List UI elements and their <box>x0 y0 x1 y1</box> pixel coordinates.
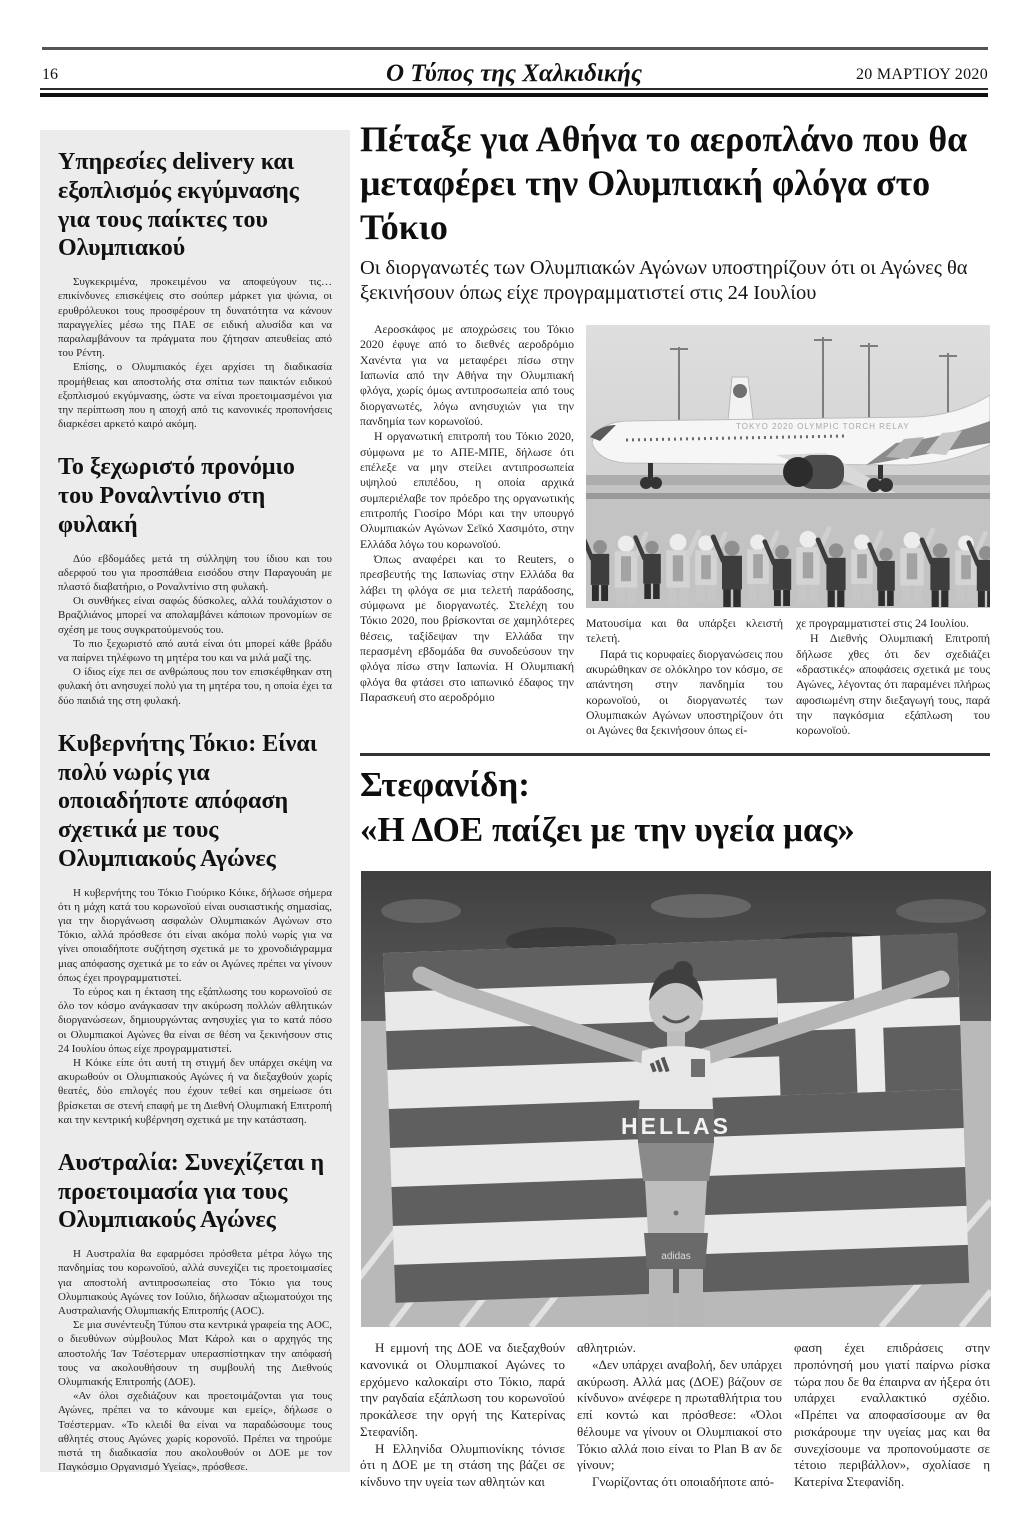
lead-column-3: χε προγραμματιστεί στις 24 Ιουλίου.Η Διε… <box>796 616 990 739</box>
paragraph: Η Διεθνής Ολυμπιακή Επιτροπή δήλωσε χθες… <box>796 631 990 738</box>
paragraph: Το εύρος και η έκταση της εξάπλωσης του … <box>58 985 332 1056</box>
sidebar-article-headline: Κυβερνήτης Τόκιο: Είναι πολύ νωρίς για ο… <box>58 730 332 874</box>
lead-column-1: Αεροσκάφος με αποχρώσεις του Τόκιο 2020 … <box>360 322 574 705</box>
paragraph: Συγκεκριμένα, προκειμένου να αποφεύγουν … <box>58 275 332 360</box>
paragraph: Οι συνθήκες είναι σαφώς δύσκολες, αλλά τ… <box>58 594 332 637</box>
paragraph: Το πιο ξεχωριστό από αυτά είναι ότι μπορ… <box>58 637 332 665</box>
paragraph: φαση έχει επιδράσεις στην προπόνησή μου … <box>794 1340 990 1491</box>
midriff <box>645 1181 707 1233</box>
paragraph: Σε μια συνέντευξη Τύπου στα κεντρικά γρα… <box>58 1318 332 1389</box>
neck <box>667 1031 685 1047</box>
paragraph: αθλητριών. <box>577 1340 782 1357</box>
right-leg <box>679 1269 703 1327</box>
sidebar-article-ronaldinho: Το ξεχωριστό προνόμιο του Ροναλντίνιο στ… <box>58 453 332 707</box>
paragraph: Παρά τις κορυφαίες διοργανώσεις που ακυρ… <box>586 647 783 739</box>
jersey-text: HELLAS <box>621 1113 731 1139</box>
paragraph: Ο ίδιος είχε πει σε ανθρώπους που τον επ… <box>58 665 332 708</box>
second-column-2: αθλητριών.«Δεν υπάρχει αναβολή, δεν υπάρ… <box>577 1340 782 1491</box>
paragraph: Η Αυστραλία θα εφαρμόσει πρόσθετα μέτρα … <box>58 1247 332 1318</box>
sidebar-article-body: Η Αυστραλία θα εφαρμόσει πρόσθετα μέτρα … <box>58 1247 332 1472</box>
paragraph: Η εμμονή της ΔΟΕ να διεξαχθούν κανονικά … <box>360 1340 565 1441</box>
paragraph: Επίσης, ο Ολυμπιακός έχει αρχίσει τη δια… <box>58 360 332 431</box>
paragraph: Αεροσκάφος με αποχρώσεις του Τόκιο 2020 … <box>360 322 574 429</box>
second-column-3: φαση έχει επιδράσεις στην προπόνησή μου … <box>794 1340 990 1491</box>
sidebar: Υπηρεσίες delivery και εξοπλισμός εκγύμν… <box>40 130 350 1472</box>
runway-line <box>586 493 990 499</box>
tail-logo <box>733 384 747 398</box>
paragraph: Η κυβερνήτης του Τόκιο Γιούρικο Κόικε, δ… <box>58 886 332 985</box>
page-date: 20 ΜΑΡΤΙΟΥ 2020 <box>856 66 988 84</box>
paragraph: Η Κόικε είπε ότι αυτή τη στιγμή δεν υπάρ… <box>58 1056 332 1127</box>
national-emblem <box>691 1059 705 1077</box>
sidebar-article-tokyo-governor: Κυβερνήτης Τόκιο: Είναι πολύ νωρίς για ο… <box>58 730 332 1127</box>
lead-column-2: Ματουσίμα και θα υπάρξει κλειστή τελετή.… <box>586 616 783 739</box>
paragraph: Η Ελληνίδα Ολυμπιονίκης τόνισε ότι η ΔΟΕ… <box>360 1441 565 1491</box>
lead-headline: Πέταξε για Αθήνα το αεροπλάνο που θα μετ… <box>360 118 992 250</box>
sidebar-article-delivery: Υπηρεσίες delivery και εξοπλισμός εκγύμν… <box>58 148 332 431</box>
second-headline-line2: «Η ΔΟΕ παίζει με την υγεία μας» <box>360 810 855 849</box>
torch-plane-photo: TOKYO 2020 OLYMPIC TORCH RELAY <box>586 325 990 608</box>
paragraph: Γνωρίζοντας ότι οποιαδήποτε από- <box>577 1474 782 1491</box>
second-headline-line1: Στεφανίδη: <box>360 765 530 804</box>
sidebar-article-body: Συγκεκριμένα, προκειμένου να αποφεύγουν … <box>58 275 332 431</box>
header-thin-rule <box>40 88 988 90</box>
hair-bun <box>673 961 693 981</box>
stefanidi-photo: HELLAS adidas <box>361 871 991 1327</box>
newspaper-page: 16 Ο Τύπος της Χαλκιδικής 20 ΜΑΡΤΙΟΥ 202… <box>0 0 1028 1524</box>
paragraph: Ματουσίμα και θα υπάρξει κλειστή τελετή. <box>586 616 783 647</box>
jersey-lower <box>638 1143 714 1181</box>
paragraph: «Αν όλοι σχεδιάζουν και προετοιμάζονται … <box>58 1389 332 1472</box>
sidebar-article-australia: Αυστραλία: Συνεχίζεται η προετοιμασία γι… <box>58 1149 332 1472</box>
flag-canton <box>775 933 962 1095</box>
fuselage-text: TOKYO 2020 OLYMPIC TORCH RELAY <box>736 422 910 431</box>
paragraph: Δύο εβδομάδες μετά τη σύλληψη του ίδιου … <box>58 552 332 595</box>
second-column-1: Η εμμονή της ΔΟΕ να διεξαχθούν κανονικά … <box>360 1340 565 1491</box>
section-divider-rule <box>360 753 990 756</box>
header-thick-rule <box>40 93 988 97</box>
sidebar-article-body: Δύο εβδομάδες μετά τη σύλληψη του ίδιου … <box>58 552 332 708</box>
lead-subheadline: Οι διοργανωτές των Ολυμπιακών Αγώνων υπο… <box>360 256 992 307</box>
sidebar-article-headline: Το ξεχωριστό προνόμιο του Ροναλντίνιο στ… <box>58 453 332 539</box>
paragraph: Όπως αναφέρει και το Reuters, ο πρεσβευτ… <box>360 552 574 705</box>
left-leg <box>649 1269 673 1327</box>
paragraph: χε προγραμματιστεί στις 24 Ιουλίου. <box>796 616 990 631</box>
sidebar-article-body: Η κυβερνήτης του Τόκιο Γιούρικο Κόικε, δ… <box>58 886 332 1127</box>
sidebar-article-headline: Αυστραλία: Συνεχίζεται η προετοιμασία γι… <box>58 1149 332 1235</box>
header-top-rule <box>42 47 988 50</box>
sidebar-article-headline: Υπηρεσίες delivery και εξοπλισμός εκγύμν… <box>58 148 332 263</box>
second-headline: Στεφανίδη: «Η ΔΟΕ παίζει με την υγεία μα… <box>360 763 992 853</box>
paragraph: «Δεν υπάρχει αναβολή, δεν υπάρχει ακύρωσ… <box>577 1357 782 1474</box>
navel <box>674 1211 679 1216</box>
jersey-top <box>639 1046 713 1109</box>
paragraph: Η οργανωτική επιτροπή του Τόκιο 2020, σύ… <box>360 429 574 552</box>
brand-text: adidas <box>661 1251 690 1262</box>
